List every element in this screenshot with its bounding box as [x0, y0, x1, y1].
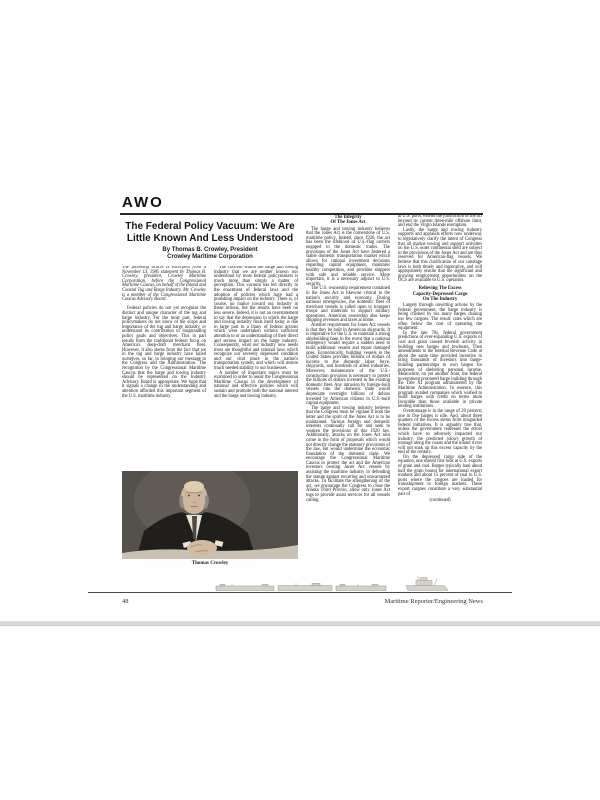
body-paragraph: Another requirement for Jones Act vessel…: [306, 324, 390, 407]
byline-line-1: By Thomas B. Crowley, President: [120, 247, 300, 254]
body-paragraph: The barge and towing industry believes t…: [306, 407, 390, 503]
byline-line-2: Crowley Maritime Corporation: [120, 254, 300, 261]
page-number: 48: [122, 598, 129, 605]
body-paragraph: Lastly, the barge and towing industry su…: [398, 229, 482, 284]
body-paragraph: A number of important topics must be exa…: [214, 372, 298, 400]
body-paragraph: The U.S. ownership requirement contained…: [306, 287, 390, 324]
jones-act-heading-line-2: Of The Jones Act: [306, 220, 390, 225]
intro-paragraph: The following article is excerpted from …: [122, 266, 206, 303]
publication-name: Maritime Reporter/Engineering News: [300, 598, 483, 605]
jones-act-heading: The Integrity Of The Jones Act: [306, 215, 390, 226]
thomas-crowley-photo: [122, 471, 298, 559]
title-line-1: The Federal Policy Vacuum: We Are: [120, 221, 300, 233]
body-paragraph: Largely through unwitting actions by the…: [398, 304, 482, 332]
byline: By Thomas B. Crowley, President Crowley …: [120, 247, 300, 261]
article-title: The Federal Policy Vacuum: We Are Little…: [120, 221, 300, 244]
body-paragraph: at U.S. ports, extend the jurisdiction o…: [398, 215, 482, 229]
body-paragraph: In the late 70s, federal government pred…: [398, 332, 482, 410]
magazine-page: AWO The Federal Policy Vacuum: We Are Li…: [0, 0, 600, 800]
tug-and-barges-illustration: [212, 575, 468, 592]
article-column-4: at U.S. ports, extend the jurisdiction o…: [398, 215, 482, 567]
article-column-3: The Integrity Of The Jones Act The barge…: [306, 215, 390, 567]
photo-caption: Thomas Crowley: [122, 561, 298, 567]
title-line-2: Little Known And Less Understood: [120, 233, 300, 245]
article-column-2: The concern within the barge and towing …: [214, 266, 298, 446]
body-paragraph: Federal policies do not yet recognize th…: [122, 307, 206, 399]
continued-note: (continued): [398, 499, 482, 504]
body-paragraph: The concern within the barge and towing …: [214, 266, 298, 372]
body-paragraph: The barge and towing industry believes t…: [306, 228, 390, 288]
awo-logo: AWO: [122, 194, 164, 211]
capacity-heading-line-3: On The Industry: [398, 297, 482, 302]
footer-rule: [88, 592, 512, 593]
body-paragraph: Overtonnage is in the range of 20 percen…: [398, 410, 482, 456]
capacity-heading: Relieving The Excess Capacity-Depressed …: [398, 286, 482, 302]
page-bottom-edge: [0, 621, 600, 626]
body-paragraph: On the depressed cargo side of the equat…: [398, 456, 482, 497]
article-column-1: The following article is excerpted from …: [122, 266, 206, 438]
